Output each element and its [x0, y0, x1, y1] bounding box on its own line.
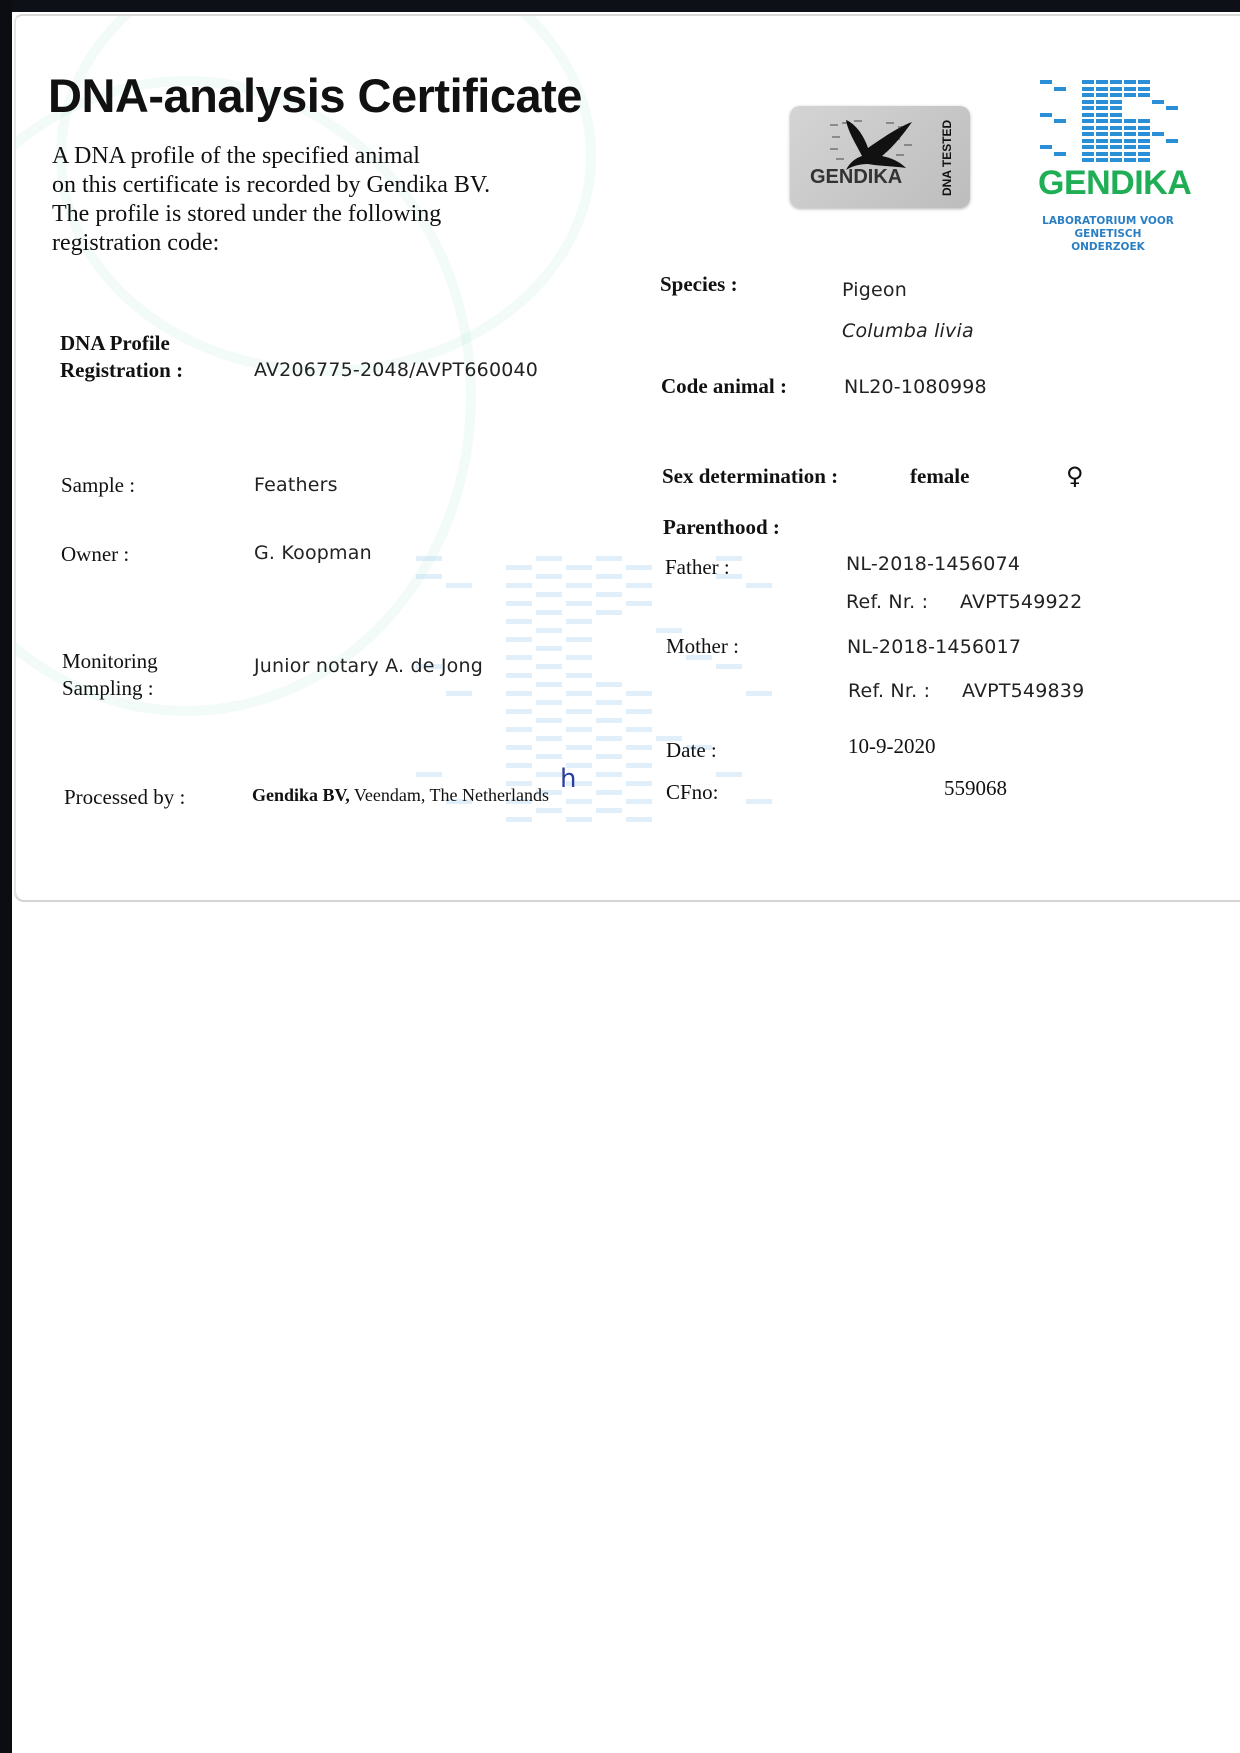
intro-line: The profile is stored under the followin… — [52, 200, 490, 229]
code-animal-label: Code animal : — [661, 374, 787, 399]
registration-value: AV206775-2048/AVPT660040 — [254, 359, 538, 381]
date-value: 10-9-2020 — [848, 734, 936, 759]
badge-brand: GENDIKA — [810, 166, 902, 189]
handwritten-initial: h — [560, 764, 576, 794]
processed-label: Processed by : — [64, 785, 185, 810]
cfno-value: 559068 — [944, 776, 1007, 801]
page-title: DNA-analysis Certificate — [48, 68, 582, 123]
owner-label: Owner : — [61, 542, 129, 567]
scan-edge-left — [0, 0, 12, 1753]
intro-line: on this certificate is recorded by Gendi… — [52, 171, 490, 200]
sex-label: Sex determination : — [662, 464, 838, 489]
species-latin-value: Columba livia — [842, 320, 974, 342]
father-ref-label: Ref. Nr. : — [846, 591, 928, 613]
father-ref-value: AVPT549922 — [960, 591, 1082, 613]
date-label: Date : — [666, 738, 717, 763]
monitoring-value: Junior notary A. de Jong — [254, 655, 483, 677]
mother-ref-label: Ref. Nr. : — [848, 680, 930, 702]
parenthood-label: Parenthood : — [663, 515, 780, 540]
registration-label-line: DNA Profile — [60, 330, 183, 357]
processed-value: Gendika BV, Veendam, The Netherlands — [252, 785, 549, 806]
cfno-label: CFno: — [666, 780, 719, 805]
sample-value: Feathers — [254, 474, 338, 496]
sample-label: Sample : — [61, 473, 135, 498]
species-label: Species : — [660, 272, 738, 297]
dna-bars-g-logo-icon — [1040, 80, 1180, 164]
father-value: NL-2018-1456074 — [846, 553, 1020, 575]
registration-label: DNA Profile Registration : — [60, 330, 183, 384]
owner-value: G. Koopman — [254, 542, 372, 564]
sex-value: female — [910, 464, 969, 489]
logo-subtitle: LABORATORIUM VOOR GENETISCH ONDERZOEK — [1040, 215, 1176, 254]
registration-label-line: Registration : — [60, 357, 183, 384]
monitoring-label-line: Sampling : — [62, 675, 158, 702]
logo-name: GENDIKA — [1038, 164, 1191, 203]
code-animal-value: NL20-1080998 — [844, 376, 987, 398]
mother-value: NL-2018-1456017 — [847, 636, 1021, 658]
processed-location: Veendam, The Netherlands — [350, 785, 549, 805]
female-symbol-icon: ♀ — [1066, 462, 1084, 490]
species-common-value: Pigeon — [842, 279, 907, 301]
father-label: Father : — [665, 555, 730, 580]
mother-label: Mother : — [666, 634, 739, 659]
dna-tested-badge: GENDIKA DNA TESTED — [790, 106, 970, 208]
logo-subtitle-line: LABORATORIUM VOOR — [1040, 215, 1176, 228]
badge-vertical-text: DNA TESTED — [940, 114, 954, 202]
processed-company: Gendika BV, — [252, 785, 350, 805]
logo-subtitle-line: GENETISCH ONDERZOEK — [1040, 228, 1176, 254]
scan-edge-top — [0, 0, 1240, 12]
intro-text: A DNA profile of the specified animal on… — [52, 142, 490, 258]
monitoring-label: Monitoring Sampling : — [62, 648, 158, 702]
monitoring-label-line: Monitoring — [62, 648, 158, 675]
mother-ref-value: AVPT549839 — [962, 680, 1084, 702]
pigeon-icon — [826, 114, 922, 174]
intro-line: registration code: — [52, 229, 490, 258]
intro-line: A DNA profile of the specified animal — [52, 142, 490, 171]
